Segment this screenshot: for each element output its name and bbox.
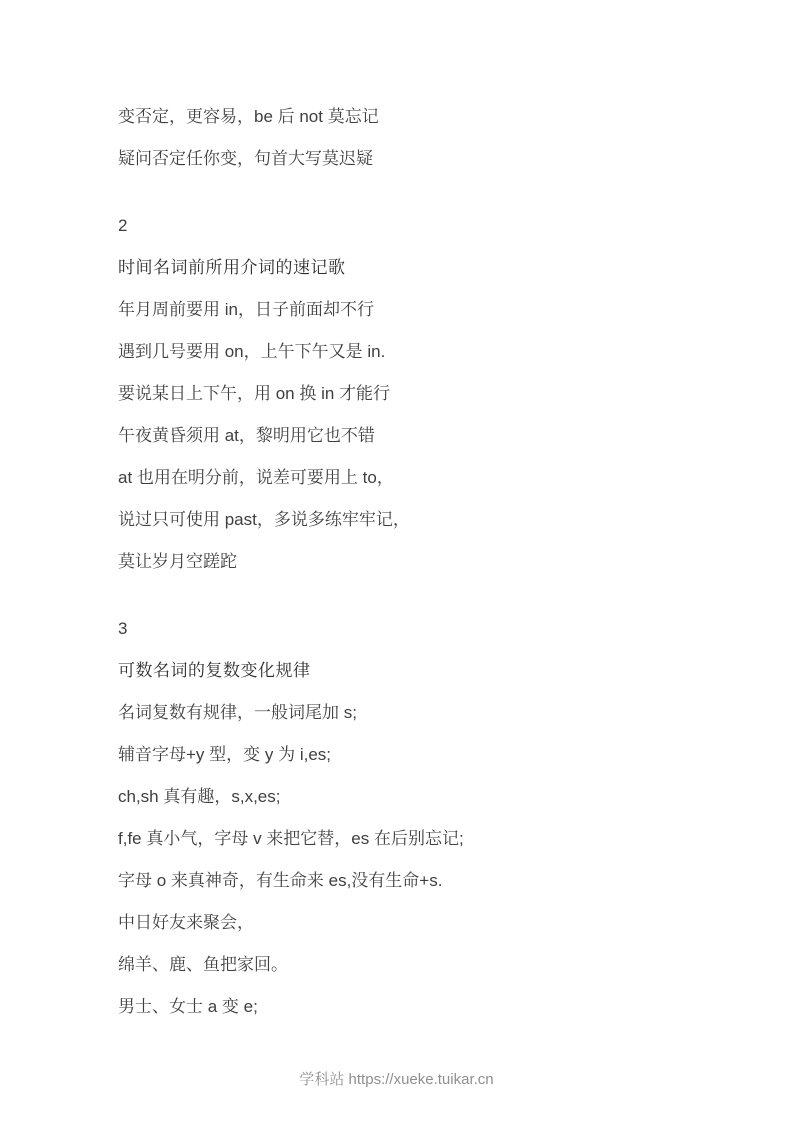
intro-stanza: 变否定，更容易，be 后 not 莫忘记 疑问否定任你变，句首大写莫迟疑 [118, 96, 743, 180]
verse-line: 辅音字母+y 型，变 y 为 i,es; [118, 734, 743, 776]
verse-line: 字母 o 来真神奇，有生命来 es,没有生命+s. [118, 860, 743, 902]
footer-url-link[interactable]: https://xueke.tuikar.cn [349, 1071, 494, 1088]
verse-line: 变否定，更容易，be 后 not 莫忘记 [118, 96, 743, 138]
verse-line: 莫让岁月空蹉跎 [118, 541, 743, 583]
verse-line: 遇到几号要用 on，上午下午又是 in. [118, 331, 743, 373]
section-number: 3 [118, 608, 743, 650]
page-footer: 学科站 https://xueke.tuikar.cn [0, 1062, 793, 1098]
section-3: 3 可数名词的复数变化规律 名词复数有规律，一般词尾加 s; 辅音字母+y 型，… [118, 608, 743, 1028]
verse-line: at 也用在明分前，说差可要用上 to， [118, 457, 743, 499]
verse-line: 男士、女士 a 变 e; [118, 986, 743, 1028]
verse-line: 午夜黄昏须用 at，黎明用它也不错 [118, 415, 743, 457]
verse-line: 疑问否定任你变，句首大写莫迟疑 [118, 138, 743, 180]
verse-line: 年月周前要用 in，日子前面却不行 [118, 289, 743, 331]
verse-line: 说过只可使用 past，多说多练牢牢记， [118, 499, 743, 541]
verse-line: f,fe 真小气，字母 v 来把它替，es 在后别忘记; [118, 818, 743, 860]
section-number: 2 [118, 205, 743, 247]
section-title: 时间名词前所用介词的速记歌 [118, 247, 743, 289]
section-title: 可数名词的复数变化规律 [118, 650, 743, 692]
verse-line: 绵羊、鹿、鱼把家回。 [118, 944, 743, 986]
verse-line: 要说某日上下午，用 on 换 in 才能行 [118, 373, 743, 415]
footer-site-label: 学科站 [299, 1071, 344, 1088]
verse-line: 名词复数有规律，一般词尾加 s; [118, 692, 743, 734]
document-page: 变否定，更容易，be 后 not 莫忘记 疑问否定任你变，句首大写莫迟疑 2 时… [0, 0, 793, 1122]
section-2: 2 时间名词前所用介词的速记歌 年月周前要用 in，日子前面却不行 遇到几号要用… [118, 205, 743, 583]
verse-line: ch,sh 真有趣，s,x,es; [118, 776, 743, 818]
verse-line: 中日好友来聚会， [118, 902, 743, 944]
